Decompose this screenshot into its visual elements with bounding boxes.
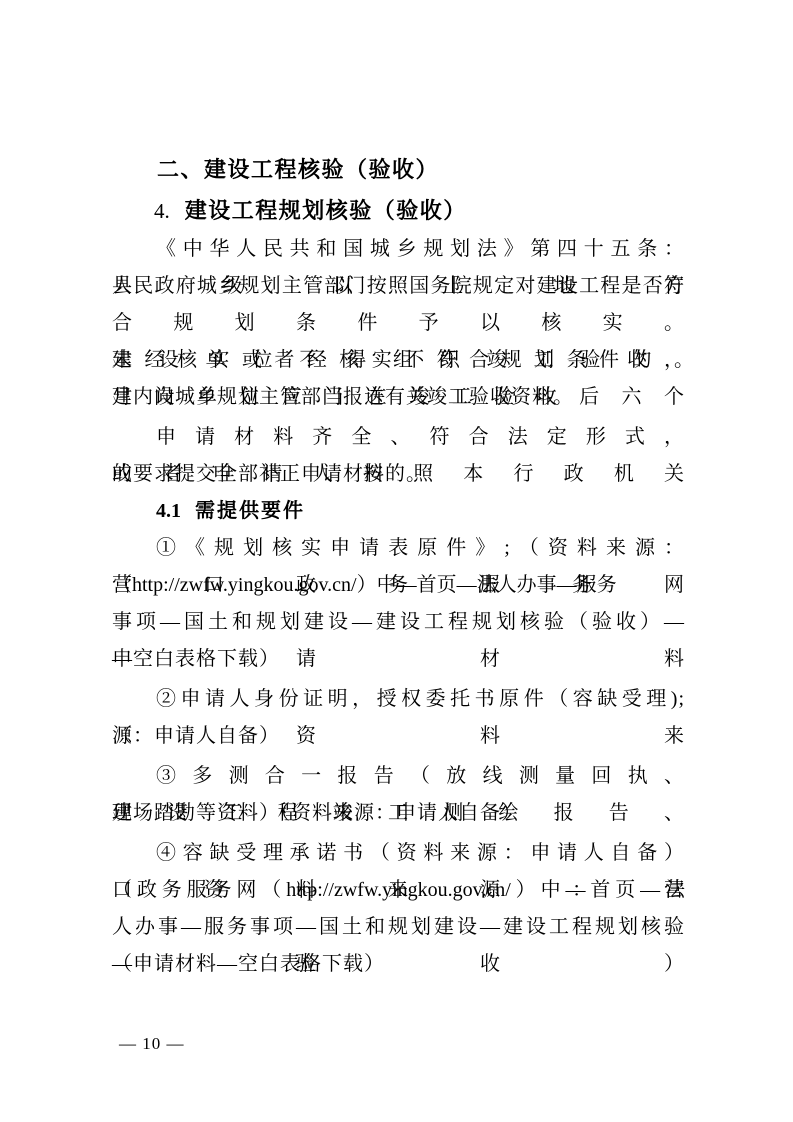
section-heading: 二、建设工程核验（验收） [112, 149, 685, 190]
item-line: 事项—国土和规划建设—建设工程规划核验（验收）—申请材料 [112, 604, 685, 641]
subsection-number: 4. [154, 199, 170, 223]
requirement-item-2: ②申请人身份证明，授权委托书原件（容缺受理);（资料来 源：申请人自备） [112, 681, 685, 755]
paragraph-line: 《中华人民共和国城乡规划法》第四十五条：县级以上地方 [112, 231, 685, 268]
item-line: ③多测合一报告（放线测量回执、建设工程竣工测绘报告、 [112, 758, 685, 795]
clause-heading: 4.1需提供要件 [112, 493, 685, 530]
paragraph-line: 人民政府城乡规划主管部门按照国务院规定对建设工程是否符 [112, 268, 685, 305]
paragraph-line: 合规划条件予以核实。未经核实或者经核实不符合规划条件的， [112, 305, 685, 342]
clause-title: 需提供要件 [195, 500, 305, 522]
requirement-item-4: ④容缺受理承诺书（资料来源：申请人自备）（资料来源：营 口政务服务网（http:… [112, 835, 685, 983]
clause-number: 4.1 [156, 500, 181, 522]
acceptance-paragraph: 申请材料齐全、符合法定形式，或者申请人按照本行政机关 的要求提交全部补正申请材料… [112, 419, 685, 493]
item-line: 人办事—服务事项—国土和规划建设—建设工程规划核验（验收） [112, 909, 685, 946]
paragraph-line: 建设单位不得组织竣工验收。 建设单位应当在竣工验收后六个 [112, 342, 685, 379]
document-body: 二、建设工程核验（验收） 4.建设工程规划核验（验收） 《中华人民共和国城乡规划… [112, 149, 685, 983]
law-paragraph: 《中华人民共和国城乡规划法》第四十五条：县级以上地方 人民政府城乡规划主管部门按… [112, 231, 685, 416]
subsection-title: 建设工程规划核验（验收） [185, 198, 467, 223]
requirement-item-3: ③多测合一报告（放线测量回执、建设工程竣工测绘报告、 现场踏勘等资料）（资料来源… [112, 758, 685, 832]
requirement-item-1: ①《规划核实申请表原件》;（资料来源：营口政务服务网 （http://zwfw.… [112, 530, 685, 678]
item-line: （http://zwfw.yingkou.gov.cn/）中—首页—法人办事—服… [112, 567, 685, 604]
subsection-heading: 4.建设工程规划核验（验收） [112, 190, 685, 231]
document-page: 二、建设工程核验（验收） 4.建设工程规划核验（验收） 《中华人民共和国城乡规划… [0, 0, 793, 1122]
item-line: 口政务服务网（http://zwfw.yingkou.gov.cn/）中—首页—… [112, 872, 685, 909]
item-line: ②申请人身份证明，授权委托书原件（容缺受理);（资料来 [112, 681, 685, 718]
item-line: ①《规划核实申请表原件》;（资料来源：营口政务服务网 [112, 530, 685, 567]
paragraph-line: 申请材料齐全、符合法定形式，或者申请人按照本行政机关 [112, 419, 685, 456]
page-number: — 10 — [119, 1034, 185, 1054]
item-line: ④容缺受理承诺书（资料来源：申请人自备）（资料来源：营 [112, 835, 685, 872]
